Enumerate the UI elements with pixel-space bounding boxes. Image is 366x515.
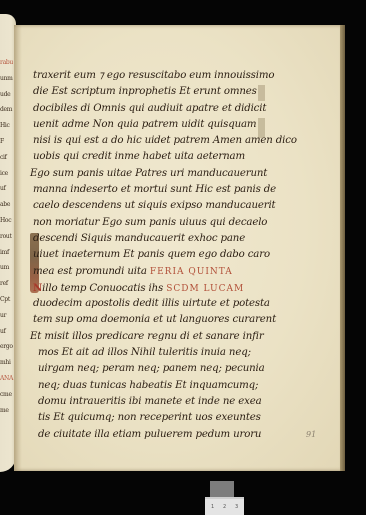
manuscript-line: tem sup oma doemonia et ut languores cur… [33,312,273,328]
line-text: traxerit eum ⁊ ego resuscitabo eum innou… [33,70,274,81]
rubric: SCDM LUCAM [166,284,244,294]
line-text: descendi Siquis manducauerit exhoc pane [33,233,245,244]
line-text: non moriatur Ego sum panis uiuus qui dec… [33,217,267,228]
line-text: die Est scriptum inprophetis Et erunt om… [33,86,257,97]
facing-page-text-fragment: Hoc [0,217,11,225]
facing-page-text-fragment: ref [0,280,8,288]
facing-page-text-fragment: dem [0,106,12,114]
page-gutter-shadow [14,25,22,471]
line-text: duodecim apostolis dedit illis uirtute e… [33,298,270,309]
facing-page-text-fragment: ice [0,170,8,178]
facing-page-text-fragment: um [0,264,9,272]
line-text: nisi is qui est a do hic uidet patrem Am… [33,135,297,146]
manuscript-line: domu intraueritis ibi manete et inde ne … [33,394,273,410]
folio-number: 91 [306,430,316,439]
manuscript-line: Et misit illos predicare regnu di et san… [30,329,273,345]
line-text: mos Et ait ad illos Nihil tuleritis inui… [38,347,251,358]
manuscript-line: uiuet inaeternum Et panis quem ego dabo … [33,247,273,263]
manuscript-line: de ciuitate illa etiam puluerem pedum ur… [33,427,273,443]
line-text: uenit adme Non quia patrem uidit quisqua… [33,119,256,130]
facing-page-text-fragment: ur [0,312,6,320]
facing-page-text-fragment: unm [0,75,13,83]
manuscript-line: mea est promundi uita FERIA QUINTA [33,264,273,280]
manuscript-line: Ego sum panis uitae Patres uri manducaue… [30,166,273,182]
manuscript-line: descendi Siquis manducauerit exhoc pane [33,231,273,247]
manuscript-line: caelo descendens ut siquis exipso manduc… [33,198,273,214]
line-text: manna indeserto et mortui sunt Hic est p… [33,184,276,195]
scale-tick: 3 [235,504,238,510]
manuscript-line: uobis qui credit inme habet uita aeterna… [33,149,273,165]
facing-page-text-fragment: Hic [0,122,10,130]
manuscript-line: traxerit eum ⁊ ego resuscitabo eum innou… [33,68,273,84]
manuscript-line: die Est scriptum inprophetis Et erunt om… [33,84,273,100]
facing-page-text-fragment: ude [0,91,10,99]
red-capital: N [33,282,42,294]
line-text: uirgam neq; peram neq; panem neq; pecuni… [38,363,265,374]
line-text: illo temp Conuocatis ihs [42,283,163,294]
line-text: Ego sum panis uitae Patres uri manducaue… [30,168,267,179]
facing-page-text-fragment: mhi [0,359,11,367]
line-text: neq; duas tunicas habeatis Et inquamcumq… [38,380,258,391]
color-scale-tab [210,481,234,497]
manuscript-line: mos Et ait ad illos Nihil tuleritis inui… [33,345,273,361]
line-text: caelo descendens ut siquis exipso manduc… [33,200,276,211]
line-text: de ciuitate illa etiam puluerem pedum ur… [38,429,261,440]
manuscript-line: docibiles di Omnis qui audiuit apatre et… [33,101,273,117]
manuscript-line: tis Et quicumq; non receperint uos exeun… [33,410,273,426]
manuscript-text-block: traxerit eum ⁊ ego resuscitabo eum innou… [33,68,273,443]
facing-page-text-fragment: cme [0,391,12,399]
manuscript-line: non moriatur Ego sum panis uiuus qui dec… [33,215,273,231]
scale-tick: 2 [223,504,226,510]
line-text: mea est promundi uita [33,266,147,277]
manuscript-line: duodecim apostolis dedit illis uirtute e… [33,296,273,312]
line-text: Et misit illos predicare regnu di et san… [30,331,264,342]
facing-page-text-fragment: rout [0,233,12,241]
line-text: tis Et quicumq; non receperint uos exeun… [38,412,261,423]
facing-page-text-fragment: cif [0,154,7,162]
manuscript-line: manna indeserto et mortui sunt Hic est p… [33,182,273,198]
rubric: FERIA QUINTA [150,267,233,277]
facing-page-text-fragment: Cpt [0,296,10,304]
manuscript-line: nisi is qui est a do hic uidet patrem Am… [33,133,273,149]
line-text: uobis qui credit inme habet uita aeterna… [33,151,245,162]
line-text: docibiles di Omnis qui audiuit apatre et… [33,103,266,114]
facing-page-text-fragment: uf [0,185,6,193]
facing-page-text-fragment: me [0,407,9,415]
scale-bar: 1 2 3 [205,497,244,515]
facing-page-text-fragment: abe [0,201,10,209]
manuscript-line: uirgam neq; peram neq; panem neq; pecuni… [33,361,273,377]
page-edge [340,25,345,471]
facing-page-text-fragment: rabu [0,59,13,67]
facing-page-text-fragment: ANA [0,375,13,383]
line-text: domu intraueritis ibi manete et inde ne … [38,396,262,407]
facing-page-text-fragment: F [0,138,4,146]
facing-page-text-fragment: uf [0,328,6,336]
scale-tick: 1 [211,504,214,510]
line-text: tem sup oma doemonia et ut languores cur… [33,314,276,325]
manuscript-line: neq; duas tunicas habeatis Et inquamcumq… [33,378,273,394]
manuscript-line: uenit adme Non quia patrem uidit quisqua… [33,117,273,133]
facing-page-text-fragment: imf [0,249,9,257]
manuscript-line: Nillo temp Conuocatis ihs SCDM LUCAM [33,280,273,296]
line-text: uiuet inaeternum Et panis quem ego dabo … [33,249,270,260]
facing-page-text-fragment: ergo [0,343,13,351]
